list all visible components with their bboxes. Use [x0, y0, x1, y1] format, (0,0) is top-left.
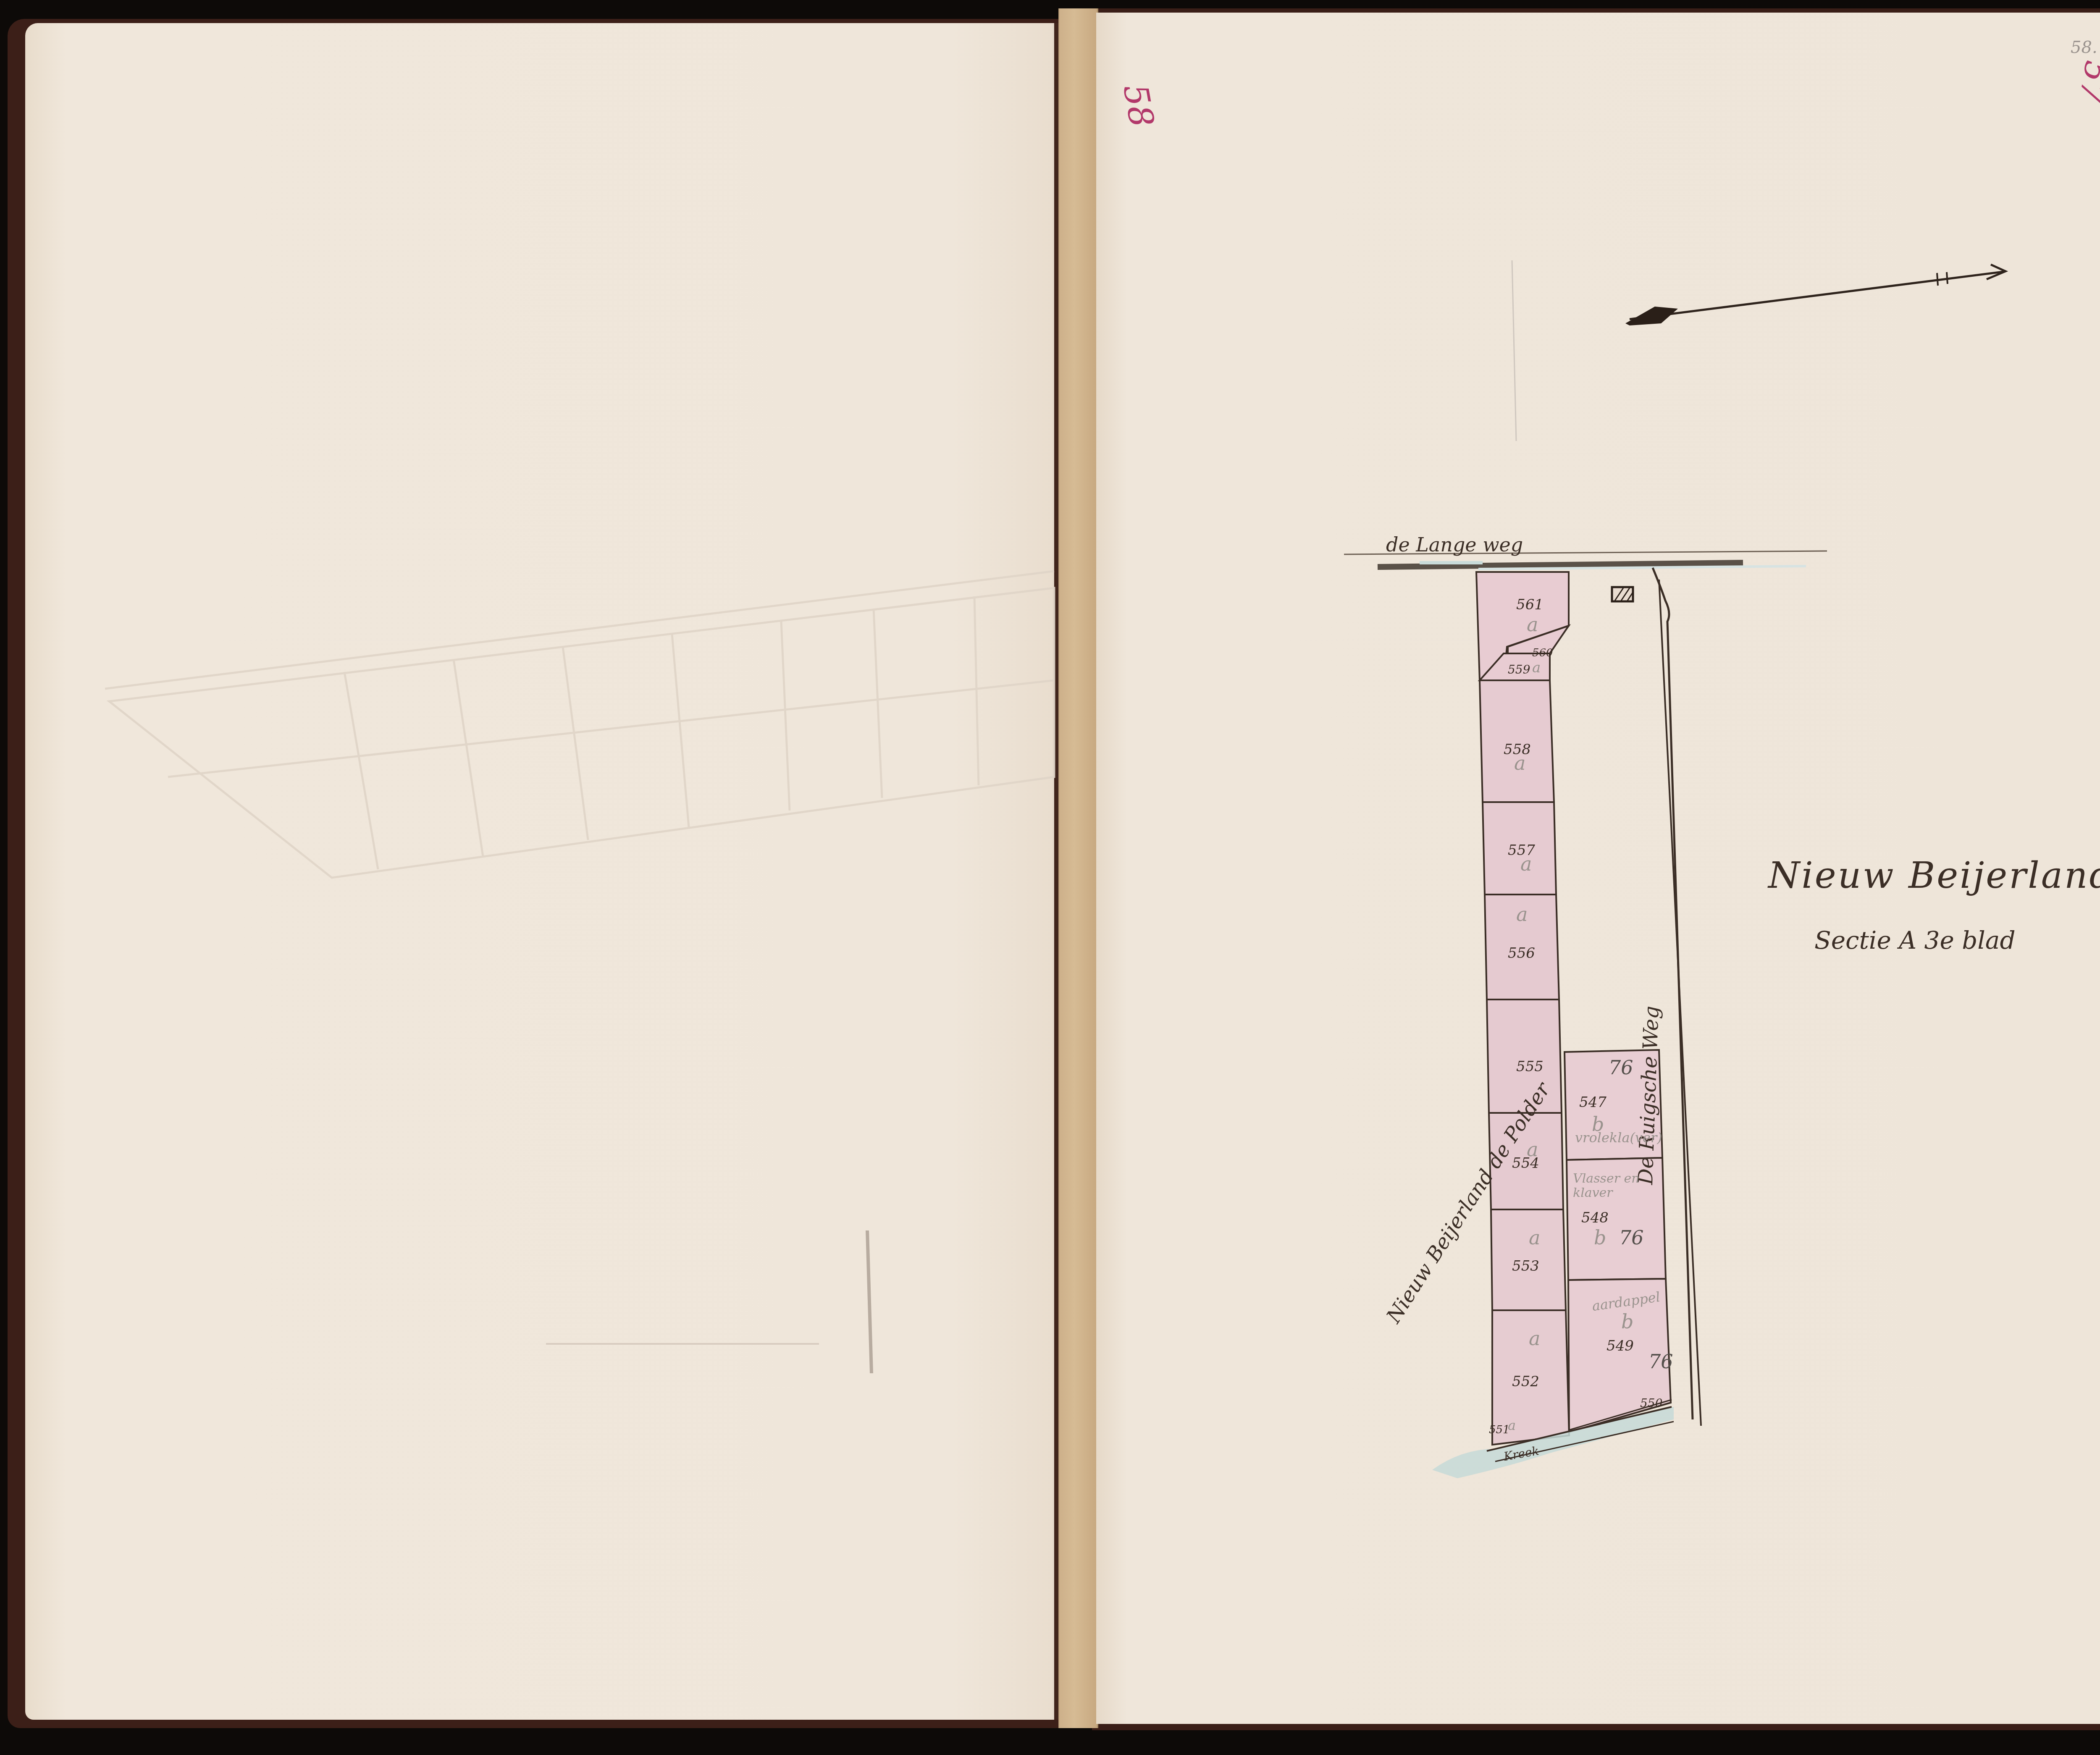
parcel-558-class: a — [1514, 752, 1525, 774]
parcel-552: 552 — [1512, 1373, 1539, 1390]
parcel-559-class: a — [1532, 659, 1541, 676]
page-number-pencil: 58. — [2071, 38, 2097, 57]
parcel-547-note: vrolekla(ver) — [1575, 1130, 1662, 1146]
page-number-ink: 58 — [1116, 81, 1161, 130]
parcel-555: 555 — [1516, 1058, 1543, 1075]
parcel-548-class: b — [1594, 1226, 1606, 1249]
parcel-549-class: b — [1621, 1310, 1633, 1333]
parcel-554: 554 — [1512, 1155, 1539, 1172]
parcel-549: 549 — [1606, 1338, 1634, 1354]
road-label-lange-weg: de Lange weg — [1386, 533, 1523, 556]
map-subtitle: Sectie A 3e blad — [1814, 926, 2016, 955]
parcel-547-mark: 76 — [1609, 1056, 1633, 1079]
parcel-553-class: a — [1529, 1226, 1540, 1249]
north-arrow-icon — [1625, 265, 2005, 325]
parcel-548-note: Vlasser en klaver — [1573, 1172, 1644, 1200]
map-title: Nieuw Beijerland — [1768, 855, 2100, 897]
book-spread: 58 58. 57 Nieuw Beijerland Sectie A 3e b… — [0, 0, 2100, 1755]
parcel-561-class: a — [1527, 613, 1538, 636]
parcel-560: 560 — [1532, 647, 1553, 659]
parcel-548-mark: 76 — [1619, 1226, 1644, 1249]
parcel-551-class: a — [1508, 1417, 1516, 1433]
parcel-547: 547 — [1579, 1094, 1606, 1111]
parcel-549-mark: 76 — [1648, 1350, 1673, 1373]
parcel-548: 548 — [1581, 1209, 1609, 1226]
parcel-556-class: a — [1516, 903, 1528, 926]
parcel-column-left — [1476, 572, 1569, 1445]
parcel-559: 559 — [1508, 663, 1530, 677]
parcel-551: 551 — [1489, 1424, 1510, 1436]
parcel-557-class: a — [1520, 853, 1532, 875]
parcel-561: 561 — [1516, 596, 1543, 613]
parcel-552-class: a — [1529, 1327, 1540, 1350]
parcel-553: 553 — [1512, 1258, 1539, 1275]
parcel-556: 556 — [1508, 945, 1535, 962]
parcel-550: 550 — [1640, 1396, 1662, 1410]
